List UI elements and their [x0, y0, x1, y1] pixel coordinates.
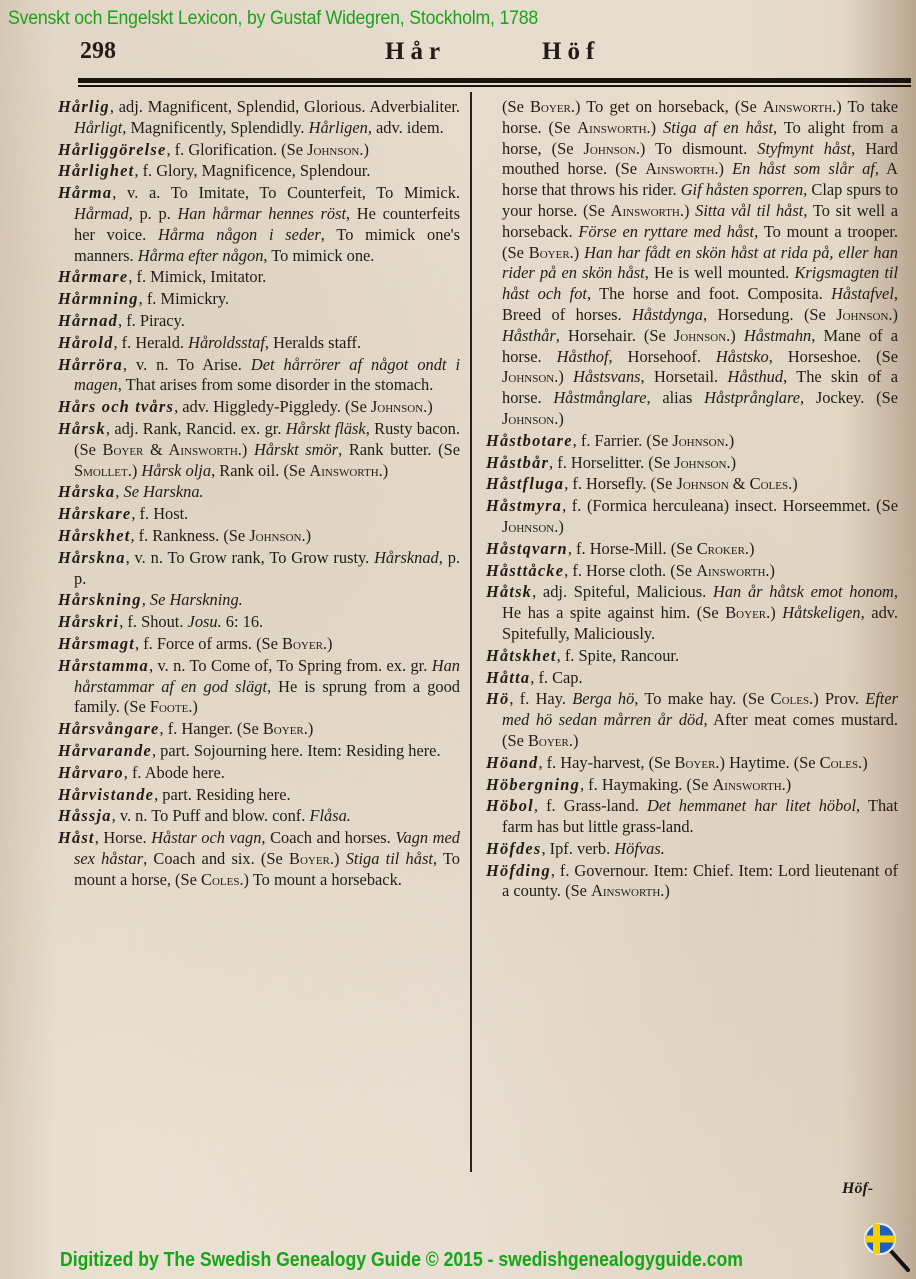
definition-text: ): [558, 409, 563, 428]
swedish-example: Josu.: [188, 612, 222, 631]
definition-text: ): [132, 461, 142, 480]
source-citation: Boyer.: [289, 849, 334, 868]
dictionary-entry: (Se Boyer.) To get on horseback, (Se Ain…: [486, 97, 898, 430]
source-citation: Johnson.: [584, 139, 640, 158]
dictionary-entry: Höbol, f. Grass-land. Det hemmanet har l…: [486, 796, 898, 838]
headword: Hårold: [58, 333, 113, 352]
swedish-example: Håsthud: [728, 367, 784, 386]
source-citation: Ainsworth.: [763, 97, 836, 116]
definition-text: , f. Rankness. (Se: [130, 526, 249, 545]
source-citation: Johnson.: [371, 397, 427, 416]
headword: Hårs och tvårs: [58, 397, 174, 416]
source-citation: Johnson.: [307, 140, 363, 159]
dictionary-entry: Hårröra, v. n. To Arise. Det hårrörer af…: [58, 355, 460, 397]
definition-text: , alias: [647, 388, 705, 407]
definition-text: ): [730, 326, 744, 345]
definition-text: ): [558, 517, 563, 536]
source-citation: Boyer.: [529, 243, 574, 262]
definition-text: ): [684, 201, 695, 220]
headword: Hårska: [58, 482, 115, 501]
definition-text: , f. Spite, Rancour.: [557, 646, 679, 665]
swedish-example: Hårsknad: [374, 548, 439, 567]
dictionary-entry: Hårska, Se Harskna.: [58, 482, 460, 503]
definition-text: , f. Hay-harvest, (Se: [538, 753, 674, 772]
definition-text: , f. Horsefly. (Se: [564, 474, 676, 493]
watermark-title: Svenskt och Engelskt Lexicon, by Gustaf …: [8, 8, 538, 30]
swedish-example: Hårskt fläsk: [286, 419, 366, 438]
dictionary-entry: Hårold, f. Herald. Håroldsstaf, Heralds …: [58, 333, 460, 354]
source-citation: Boyer.: [675, 753, 720, 772]
definition-text: , f. Hay.: [509, 689, 572, 708]
definition-text: , f. (Formica herculeana) insect. Horsee…: [562, 496, 898, 515]
definition-text: ) To mount a horseback.: [244, 870, 402, 889]
definition-text: , f. Governour. Item: Chief. Item: Lord …: [502, 861, 898, 901]
dictionary-entry: Hårs och tvårs, adv. Higgledy-Piggledy. …: [58, 397, 460, 418]
definition-text: ): [786, 775, 791, 794]
dictionary-entry: Håstfluga, f. Horsefly. (Se Johnson & Co…: [486, 474, 898, 495]
headword: Håtsk: [486, 582, 532, 601]
dictionary-entry: Hårstamma, v. n. To Come of, To Spring f…: [58, 656, 460, 718]
headword: Håsttåcke: [486, 561, 564, 580]
headword: Höfding: [486, 861, 551, 880]
definition-text: ): [363, 140, 368, 159]
headword: Hårvaro: [58, 763, 124, 782]
swedish-example: Han hårmar hennes röst: [177, 204, 346, 223]
swedish-example: Hårligt: [74, 118, 122, 137]
definition-text: ): [792, 474, 797, 493]
definition-text: ): [383, 461, 388, 480]
definition-text: , f. Cap.: [530, 668, 582, 687]
dictionary-entry: Höfding, f. Governour. Item: Chief. Item…: [486, 861, 898, 903]
headword: Hö: [486, 689, 509, 708]
definition-text: ): [770, 561, 775, 580]
definition-text: , adj. Rank, Rancid. ex. gr.: [106, 419, 286, 438]
definition-text: ) To get on horseback, (Se: [575, 97, 763, 116]
definition-text: 6: 16.: [222, 612, 263, 631]
headword: Hårvistande: [58, 785, 154, 804]
source-citation: Boyer.: [263, 719, 308, 738]
dictionary-entry: Hårsvångare, f. Hanger. (Se Boyer.): [58, 719, 460, 740]
definition-text: , adj. Magnificent, Splendid, Glorious. …: [110, 97, 460, 116]
headword: Hårskna: [58, 548, 126, 567]
headword: Höbergning: [486, 775, 580, 794]
definition-text: ): [862, 753, 867, 772]
definition-text: , f. Shout.: [119, 612, 187, 631]
definition-text: , f. Glorification. (Se: [166, 140, 307, 159]
headword: Håssja: [58, 806, 112, 825]
headword: Hårsk: [58, 419, 106, 438]
swedish-example: Sitta vål til håst: [695, 201, 803, 220]
definition-text: , Horsetail.: [641, 367, 728, 386]
definition-text: , The horse and foot. Composita.: [587, 284, 831, 303]
swedish-example: Se Harskna.: [124, 482, 204, 501]
definition-text: , part. Sojourning here. Item: Residing …: [152, 741, 441, 760]
source-citation: Johnson.: [674, 453, 730, 472]
definition-text: , v. n. To Puff and blow. conf.: [112, 806, 310, 825]
definition-text: , Horsehair. (Se: [556, 326, 674, 345]
definition-text: ): [327, 634, 332, 653]
swedish-example: Håstafvel: [831, 284, 894, 303]
headword: Hårskare: [58, 504, 131, 523]
headword: Håstmyra: [486, 496, 562, 515]
definition-text: , f. Hanger. (Se: [160, 719, 263, 738]
swedish-example: Håtskeligen: [782, 603, 860, 622]
dictionary-entry: Håstbotare, f. Farrier. (Se Johnson.): [486, 431, 898, 452]
swedish-example: Styfmynt håst: [757, 139, 851, 158]
swedish-example: Håstmahn: [744, 326, 811, 345]
headword: Hårsmagt: [58, 634, 135, 653]
swedish-example: Berga hö: [572, 689, 634, 708]
definition-text: ): [573, 731, 578, 750]
source-citation: Johnson & Coles.: [676, 474, 792, 493]
source-citation: Ainsworth.: [611, 201, 684, 220]
definition-text: , v. n. To Come of, To Spring from. ex. …: [149, 656, 432, 675]
dictionary-entry: Hårvarande, part. Sojourning here. Item:…: [58, 741, 460, 762]
swedish-example: Håsthår: [502, 326, 556, 345]
dictionary-entry: Håtskhet, f. Spite, Rancour.: [486, 646, 898, 667]
headword: Hårliggörelse: [58, 140, 166, 159]
dictionary-entry: Hårskna, v. n. To Grow rank, To Grow rus…: [58, 548, 460, 590]
definition-text: ): [308, 719, 313, 738]
definition-text: , He is well mounted.: [645, 263, 795, 282]
headword: Hårmare: [58, 267, 128, 286]
dictionary-entry: Hårskning, Se Harskning.: [58, 590, 460, 611]
source-citation: Boyer.: [528, 731, 573, 750]
definition-text: ,: [142, 590, 150, 609]
swedish-example: En håst som slår af: [732, 159, 875, 178]
dictionary-entry: Hårvistande, part. Residing here.: [58, 785, 460, 806]
header-rule-thin: [78, 85, 911, 87]
headword: Höfdes: [486, 839, 541, 858]
swedish-flag-magnifier-icon: [862, 1222, 912, 1274]
swedish-example: Håstsvans: [573, 367, 640, 386]
source-citation: Foote.: [150, 697, 193, 716]
definition-text: ): [427, 397, 432, 416]
catchword: Höf-: [842, 1180, 873, 1198]
source-citation: Ainsworth.: [309, 461, 382, 480]
headword: Hårma: [58, 183, 112, 202]
definition-text: ): [558, 367, 573, 386]
definition-text: , f. Grass-land.: [534, 796, 647, 815]
dictionary-entry: Hårskri, f. Shout. Josu. 6: 16.: [58, 612, 460, 633]
definition-text: ): [334, 849, 346, 868]
definition-text: , f. Horse cloth. (Se: [564, 561, 696, 580]
swedish-example: Håstmånglare: [553, 388, 646, 407]
definition-text: , Horse.: [95, 828, 152, 847]
source-citation: Ainsworth.: [591, 881, 664, 900]
source-citation: Smollet.: [74, 461, 132, 480]
definition-text: , f. Mimickry.: [139, 289, 229, 308]
swedish-example: Håstar och vagn: [151, 828, 261, 847]
definition-text: , To make hay. (Se: [634, 689, 770, 708]
definition-text: ) Haytime. (Se: [720, 753, 820, 772]
definition-text: , Rank oil. (Se: [211, 461, 309, 480]
source-citation: Ainsworth.: [696, 561, 769, 580]
headword: Hårlig: [58, 97, 110, 116]
definition-text: ): [192, 697, 197, 716]
dictionary-entry: Hårmning, f. Mimickry.: [58, 289, 460, 310]
definition-text: , Heralds staff.: [265, 333, 361, 352]
dictionary-entry: Höfdes, Ipf. verb. Höfvas.: [486, 839, 898, 860]
definition-text: ): [574, 243, 584, 262]
definition-text: (Se: [502, 97, 530, 116]
swedish-example: Stiga til håst: [346, 849, 433, 868]
headword: Håstbår: [486, 453, 549, 472]
definition-text: , f. Horse-Mill. (Se: [568, 539, 697, 558]
swedish-example: Det hemmanet har litet höbol: [647, 796, 856, 815]
swedish-example: Förse en ryttare med håst: [578, 222, 754, 241]
dictionary-entry: Höand, f. Hay-harvest, (Se Boyer.) Hayti…: [486, 753, 898, 774]
dictionary-entry: Höbergning, f. Haymaking. (Se Ainsworth.…: [486, 775, 898, 796]
source-citation: Boyer.: [282, 634, 327, 653]
swedish-example: Flåsa.: [309, 806, 350, 825]
watermark-credit: Digitized by The Swedish Genealogy Guide…: [60, 1249, 743, 1272]
swedish-example: Stiga af en håst: [663, 118, 773, 137]
definition-text: , Rank butter. (Se: [338, 440, 460, 459]
definition-text: , f. Host.: [131, 504, 188, 523]
definition-text: ) Prov.: [813, 689, 865, 708]
dictionary-entry: Håtta, f. Cap.: [486, 668, 898, 689]
swedish-example: Hårma någon i seder: [158, 225, 321, 244]
source-citation: Boyer.: [725, 603, 770, 622]
definition-text: , Jockey. (Se: [800, 388, 898, 407]
dictionary-entry: Hårlighet, f. Glory, Magnificence, Splen…: [58, 161, 460, 182]
column-divider: [470, 92, 472, 1172]
headword: Håst: [58, 828, 95, 847]
definition-text: , part. Residing here.: [154, 785, 291, 804]
swedish-example: Håroldsstaf: [188, 333, 265, 352]
definition-text: , f. Mimick, Imitator.: [128, 267, 266, 286]
definition-text: , f. Haymaking. (Se: [580, 775, 712, 794]
headword: Hårstamma: [58, 656, 149, 675]
definition-text: , f. Piracy.: [118, 311, 185, 330]
source-citation: Boyer.: [530, 97, 575, 116]
definition-text: ): [731, 453, 736, 472]
dictionary-entry: Håstmyra, f. (Formica herculeana) insect…: [486, 496, 898, 538]
definition-text: , adv. Higgledy-Piggledy. (Se: [174, 397, 371, 416]
source-citation: Johnson.: [672, 431, 728, 450]
definition-text: , f. Glory, Magnificence, Splendour.: [134, 161, 370, 180]
headword: Höbol: [486, 796, 534, 815]
dictionary-entry: Hö, f. Hay. Berga hö, To make hay. (Se C…: [486, 689, 898, 751]
left-column: Hårlig, adj. Magnificent, Splendid, Glor…: [58, 97, 460, 891]
headword: Hårmning: [58, 289, 139, 308]
dictionary-entry: Håtsk, adj. Spiteful, Malicious. Han år …: [486, 582, 898, 644]
header-rule-thick: [78, 78, 911, 83]
definition-text: , adv. idem.: [368, 118, 444, 137]
definition-text: , f. Force of arms. (Se: [135, 634, 282, 653]
definition-text: ): [893, 305, 898, 324]
headword: Hårskri: [58, 612, 119, 631]
source-citation: Croker.: [697, 539, 749, 558]
swedish-example: Han år håtsk emot honom: [713, 582, 894, 601]
definition-text: ) To dismount.: [640, 139, 757, 158]
dictionary-entry: Håssja, v. n. To Puff and blow. conf. Fl…: [58, 806, 460, 827]
headword: Hårskning: [58, 590, 142, 609]
dictionary-entry: Hårma, v. a. To Imitate, To Counterfeit,…: [58, 183, 460, 266]
swedish-example: Hårmad: [74, 204, 129, 223]
dictionary-entry: Hårlig, adj. Magnificent, Splendid, Glor…: [58, 97, 460, 139]
definition-text: , Coach and six. (Se: [143, 849, 289, 868]
definition-text: ): [719, 159, 733, 178]
source-citation: Johnson.: [836, 305, 892, 324]
swedish-example: Höfvas.: [614, 839, 665, 858]
swedish-example: Hårsk olja: [141, 461, 211, 480]
definition-text: , adj. Spiteful, Malicious.: [532, 582, 713, 601]
definition-text: , f. Horselitter. (Se: [549, 453, 674, 472]
source-citation: Johnson.: [502, 409, 558, 428]
definition-text: ): [729, 431, 734, 450]
source-citation: Ainsworth.: [645, 159, 718, 178]
swedish-example: Håstprånglare: [704, 388, 800, 407]
dictionary-entry: Hårnad, f. Piracy.: [58, 311, 460, 332]
source-citation: Coles.: [820, 753, 863, 772]
definition-text: ): [651, 118, 663, 137]
dictionary-entry: Håstqvarn, f. Horse-Mill. (Se Croker.): [486, 539, 898, 560]
running-head-left: Hår: [385, 38, 446, 66]
dictionary-entry: Hårsk, adj. Rank, Rancid. ex. gr. Hårskt…: [58, 419, 460, 481]
swedish-example: Håsthof: [557, 347, 609, 366]
dictionary-entry: Hårmare, f. Mimick, Imitator.: [58, 267, 460, 288]
definition-text: ): [749, 539, 754, 558]
definition-text: , Coach and horses.: [261, 828, 395, 847]
swedish-example: Hårligen: [309, 118, 368, 137]
running-head-right: Höf: [542, 38, 600, 66]
dictionary-entry: Håstbår, f. Horselitter. (Se Johnson.): [486, 453, 898, 474]
swedish-example: Se Harskning.: [150, 590, 243, 609]
definition-text: ): [242, 440, 254, 459]
source-citation: Coles.: [201, 870, 244, 889]
definition-text: , v. n. To Arise.: [123, 355, 251, 374]
definition-text: , Horsedung. (Se: [703, 305, 836, 324]
definition-text: , That arises from some disorder in the …: [118, 375, 434, 394]
dictionary-entry: Hårskhet, f. Rankness. (Se Johnson.): [58, 526, 460, 547]
definition-text: , Horseshoe. (Se: [769, 347, 898, 366]
headword: Håtta: [486, 668, 530, 687]
source-citation: Johnson.: [674, 326, 730, 345]
source-citation: Johnson.: [502, 367, 558, 386]
definition-text: , Ipf. verb.: [541, 839, 614, 858]
source-citation: Ainsworth.: [712, 775, 785, 794]
headword: Hårröra: [58, 355, 123, 374]
definition-text: , p. p.: [129, 204, 178, 223]
definition-text: , f. Herald.: [113, 333, 188, 352]
definition-text: , f. Farrier. (Se: [573, 431, 673, 450]
definition-text: ): [664, 881, 669, 900]
headword: Håtskhet: [486, 646, 557, 665]
dictionary-entry: Hårskare, f. Host.: [58, 504, 460, 525]
swedish-example: Hårma efter någon: [138, 246, 264, 265]
headword: Håstbotare: [486, 431, 573, 450]
definition-text: , f. Abode here.: [124, 763, 225, 782]
headword: Hårvarande: [58, 741, 152, 760]
swedish-example: Håstsko: [716, 347, 769, 366]
dictionary-entry: Hårliggörelse, f. Glorification. (Se Joh…: [58, 140, 460, 161]
headword: Hårsvångare: [58, 719, 160, 738]
dictionary-entry: Hårsmagt, f. Force of arms. (Se Boyer.): [58, 634, 460, 655]
source-citation: Ainsworth.: [577, 118, 650, 137]
right-column: (Se Boyer.) To get on horseback, (Se Ain…: [486, 97, 898, 903]
headword: Höand: [486, 753, 538, 772]
headword: Håstfluga: [486, 474, 564, 493]
headword: Hårnad: [58, 311, 118, 330]
definition-text: , v. a. To Imitate, To Counterfeit, To M…: [112, 183, 460, 202]
dictionary-entry: Hårvaro, f. Abode here.: [58, 763, 460, 784]
source-citation: Johnson.: [502, 517, 558, 536]
dictionary-entry: Håst, Horse. Håstar och vagn, Coach and …: [58, 828, 460, 890]
swedish-example: Håstdynga: [632, 305, 703, 324]
definition-text: , Magnificently, Splendidly.: [122, 118, 308, 137]
source-citation: Johnson.: [249, 526, 305, 545]
definition-text: ): [306, 526, 311, 545]
source-citation: Boyer & Ainsworth.: [103, 440, 242, 459]
page-number: 298: [80, 38, 116, 65]
dictionary-entry: Håsttåcke, f. Horse cloth. (Se Ainsworth…: [486, 561, 898, 582]
definition-text: ,: [115, 482, 123, 501]
definition-text: , v. n. To Grow rank, To Grow rusty.: [126, 548, 374, 567]
swedish-example: Gif håsten sporren: [681, 180, 803, 199]
headword: Håstqvarn: [486, 539, 568, 558]
swedish-example: Hårskt smör: [254, 440, 338, 459]
definition-text: ): [770, 603, 782, 622]
definition-text: , To mimick one.: [263, 246, 374, 265]
headword: Hårskhet: [58, 526, 130, 545]
source-citation: Coles.: [771, 689, 814, 708]
definition-text: , Horsehoof.: [609, 347, 716, 366]
headword: Hårlighet: [58, 161, 134, 180]
